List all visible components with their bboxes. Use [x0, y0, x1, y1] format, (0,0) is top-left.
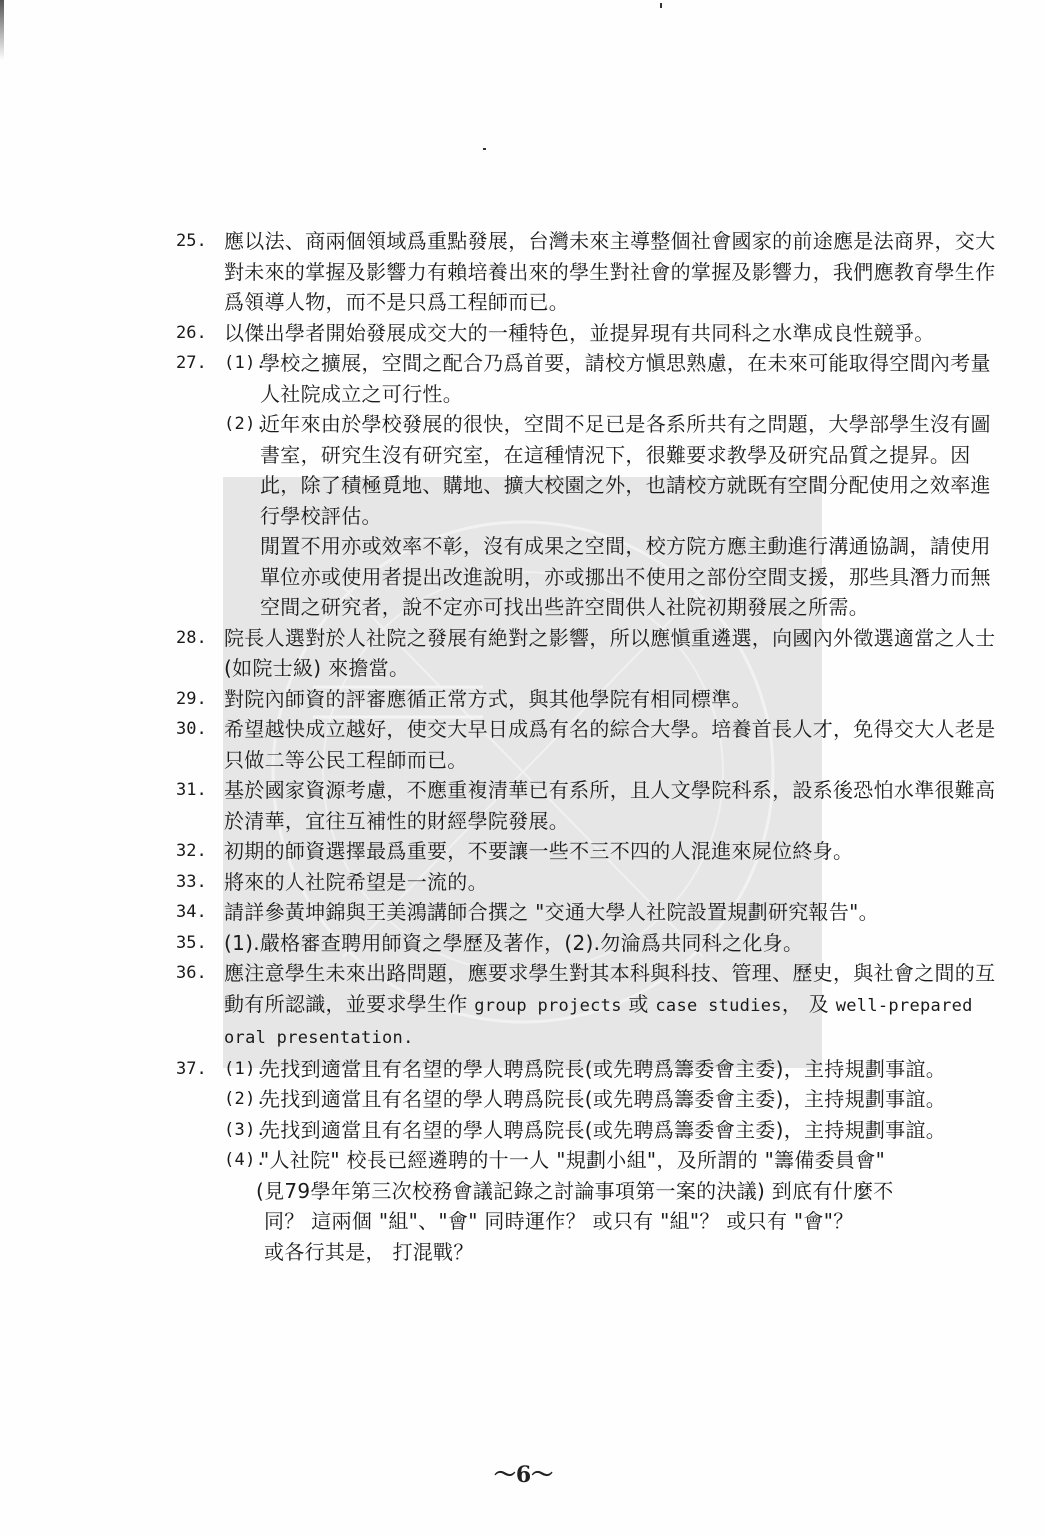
subitem-text: 先找到適當且有名望的學人聘爲院長(或先聘爲籌委會主委)，主持規劃事誼。 — [260, 1084, 1006, 1115]
list-item-35: 35. (1).嚴格審查聘用師資之學歷及著作，(2).勿淪爲共同科之化身。 — [176, 928, 1006, 959]
list-item-27: 27. (1). 學校之擴展，空間之配合乃爲首要，請校方愼思熟慮，在未來可能取得… — [176, 348, 1006, 623]
item-number: 35. — [176, 928, 207, 959]
item-text: 請詳參黃坤錦與王美鴻講師合撰之 "交通大學人社院設置規劃研究報告"。 — [224, 897, 1006, 928]
english-term: case studies — [655, 996, 781, 1016]
item-number: 32. — [176, 836, 207, 867]
item-text: 應注意學生未來出路問題，應要求學生對其本科與科技、管理、歷史，與社會之間的互動有… — [224, 958, 1006, 1054]
subitem-label: (1). — [224, 1054, 266, 1085]
subitem-line: (見79學年第三次校務會議記錄之討論事項第一案的決議) 到底有什麼不 — [256, 1176, 1006, 1207]
item-number: 34. — [176, 897, 207, 928]
item-number: 30. — [176, 714, 207, 745]
item-number: 26. — [176, 318, 207, 349]
item-text: 希望越快成立越好，使交大早日成爲有名的綜合大學。培養首長人才，免得交大人老是只做… — [224, 714, 1006, 775]
list-item-34: 34. 請詳參黃坤錦與王美鴻講師合撰之 "交通大學人社院設置規劃研究報告"。 — [176, 897, 1006, 928]
item-text: 將來的人社院希望是一流的。 — [224, 867, 1006, 898]
list-item-33: 33. 將來的人社院希望是一流的。 — [176, 867, 1006, 898]
scan-speck — [483, 148, 486, 150]
document-body: 25. 應以法、商兩個領域爲重點發展，台灣未來主導整個社會國家的前途應是法商界，… — [176, 226, 1006, 1267]
item-number: 36. — [176, 958, 207, 989]
scan-edge-shadow — [0, 0, 4, 60]
list-item-29: 29. 對院內師資的評審應循正常方式，與其他學院有相同標準。 — [176, 684, 1006, 715]
item-text-part: 或 — [622, 992, 656, 1016]
item-text: (1).嚴格審查聘用師資之學歷及著作，(2).勿淪爲共同科之化身。 — [224, 928, 1006, 959]
subitem-label: (3). — [224, 1115, 266, 1146]
page-number: ～6～ — [0, 1458, 1047, 1489]
subitem-label: (2). — [224, 1084, 266, 1115]
item-number: 25. — [176, 226, 207, 257]
subitem-label: (2). — [224, 409, 266, 440]
subitem-continuation: 閒置不用亦或效率不彰，沒有成果之空間，校方院方應主動進行溝通協調，請使用單位亦或… — [260, 531, 1006, 623]
subitem-line: "人社院" 校長已經遴聘的十一人 "規劃小組"，及所謂的 "籌備委員會" — [260, 1145, 1006, 1176]
subitem-37-2: (2). 先找到適當且有名望的學人聘爲院長(或先聘爲籌委會主委)，主持規劃事誼。 — [224, 1084, 1006, 1115]
list-item-25: 25. 應以法、商兩個領域爲重點發展，台灣未來主導整個社會國家的前途應是法商界，… — [176, 226, 1006, 318]
subitem-text: 學校之擴展，空間之配合乃爲首要，請校方愼思熟慮，在未來可能取得空間內考量人社院成… — [260, 348, 1006, 409]
item-text: 對院內師資的評審應循正常方式，與其他學院有相同標準。 — [224, 684, 1006, 715]
list-item-32: 32. 初期的師資選擇最爲重要，不要讓一些不三不四的人混進來屍位終身。 — [176, 836, 1006, 867]
item-text: 以傑出學者開始發展成交大的一種特色，並提昇現有共同科之水準成良性競爭。 — [224, 318, 1006, 349]
subitem-text: 先找到適當且有名望的學人聘爲院長(或先聘爲籌委會主委)，主持規劃事誼。 — [260, 1054, 1006, 1085]
subitem-27-2: (2). 近年來由於學校發展的很快，空間不足已是各系所共有之問題，大學部學生沒有… — [224, 409, 1006, 623]
item-number: 29. — [176, 684, 207, 715]
item-number: 31. — [176, 775, 207, 806]
item-text: 初期的師資選擇最爲重要，不要讓一些不三不四的人混進來屍位終身。 — [224, 836, 1006, 867]
subitem-37-3: (3). 先找到適當且有名望的學人聘爲院長(或先聘爲籌委會主委)，主持規劃事誼。 — [224, 1115, 1006, 1146]
item-text: 基於國家資源考慮，不應重複清華已有系所，且人文學院科系，設系後恐怕水準很難高於清… — [224, 775, 1006, 836]
subitem-27-1: (1). 學校之擴展，空間之配合乃爲首要，請校方愼思熟慮，在未來可能取得空間內考… — [224, 348, 1006, 409]
subitem-label: (4). — [224, 1145, 266, 1176]
subitem-text: 近年來由於學校發展的很快，空間不足已是各系所共有之問題，大學部學生沒有圖書室，研… — [260, 409, 1006, 531]
list-item-36: 36. 應注意學生未來出路問題，應要求學生對其本科與科技、管理、歷史，與社會之間… — [176, 958, 1006, 1054]
subitem-37-1: (1). 先找到適當且有名望的學人聘爲院長(或先聘爲籌委會主委)，主持規劃事誼。 — [224, 1054, 1006, 1085]
list-item-28: 28. 院長人選對於人社院之發展有絶對之影響，所以應愼重遴選，向國內外徵選適當之… — [176, 623, 1006, 684]
english-term: group projects — [474, 996, 622, 1016]
item-text: 院長人選對於人社院之發展有絶對之影響，所以應愼重遴選，向國內外徵選適當之人士(如… — [224, 623, 1006, 684]
scan-speck — [660, 3, 662, 8]
subitem-line: 或各行其是， 打混戰？ — [264, 1237, 1006, 1268]
list-item-30: 30. 希望越快成立越好，使交大早日成爲有名的綜合大學。培養首長人才，免得交大人… — [176, 714, 1006, 775]
subitem-37-4: (4). "人社院" 校長已經遴聘的十一人 "規劃小組"，及所謂的 "籌備委員會… — [224, 1145, 1006, 1267]
item-number: 27. — [176, 348, 207, 379]
item-number: 37. — [176, 1054, 207, 1085]
list-item-26: 26. 以傑出學者開始發展成交大的一種特色，並提昇現有共同科之水準成良性競爭。 — [176, 318, 1006, 349]
item-text-part: ， 及 — [782, 992, 836, 1016]
subitem-label: (1). — [224, 348, 266, 379]
item-text: 應以法、商兩個領域爲重點發展，台灣未來主導整個社會國家的前途應是法商界，交大對未… — [224, 226, 1006, 318]
subitem-text: 先找到適當且有名望的學人聘爲院長(或先聘爲籌委會主委)，主持規劃事誼。 — [260, 1115, 1006, 1146]
subitem-line: 同？ 這兩個 "組"、"會" 同時運作？ 或只有 "組"？ 或只有 "會"？ — [264, 1206, 1006, 1237]
item-number: 33. — [176, 867, 207, 898]
list-item-31: 31. 基於國家資源考慮，不應重複清華已有系所，且人文學院科系，設系後恐怕水準很… — [176, 775, 1006, 836]
item-number: 28. — [176, 623, 207, 654]
list-item-37: 37. (1). 先找到適當且有名望的學人聘爲院長(或先聘爲籌委會主委)，主持規… — [176, 1054, 1006, 1268]
